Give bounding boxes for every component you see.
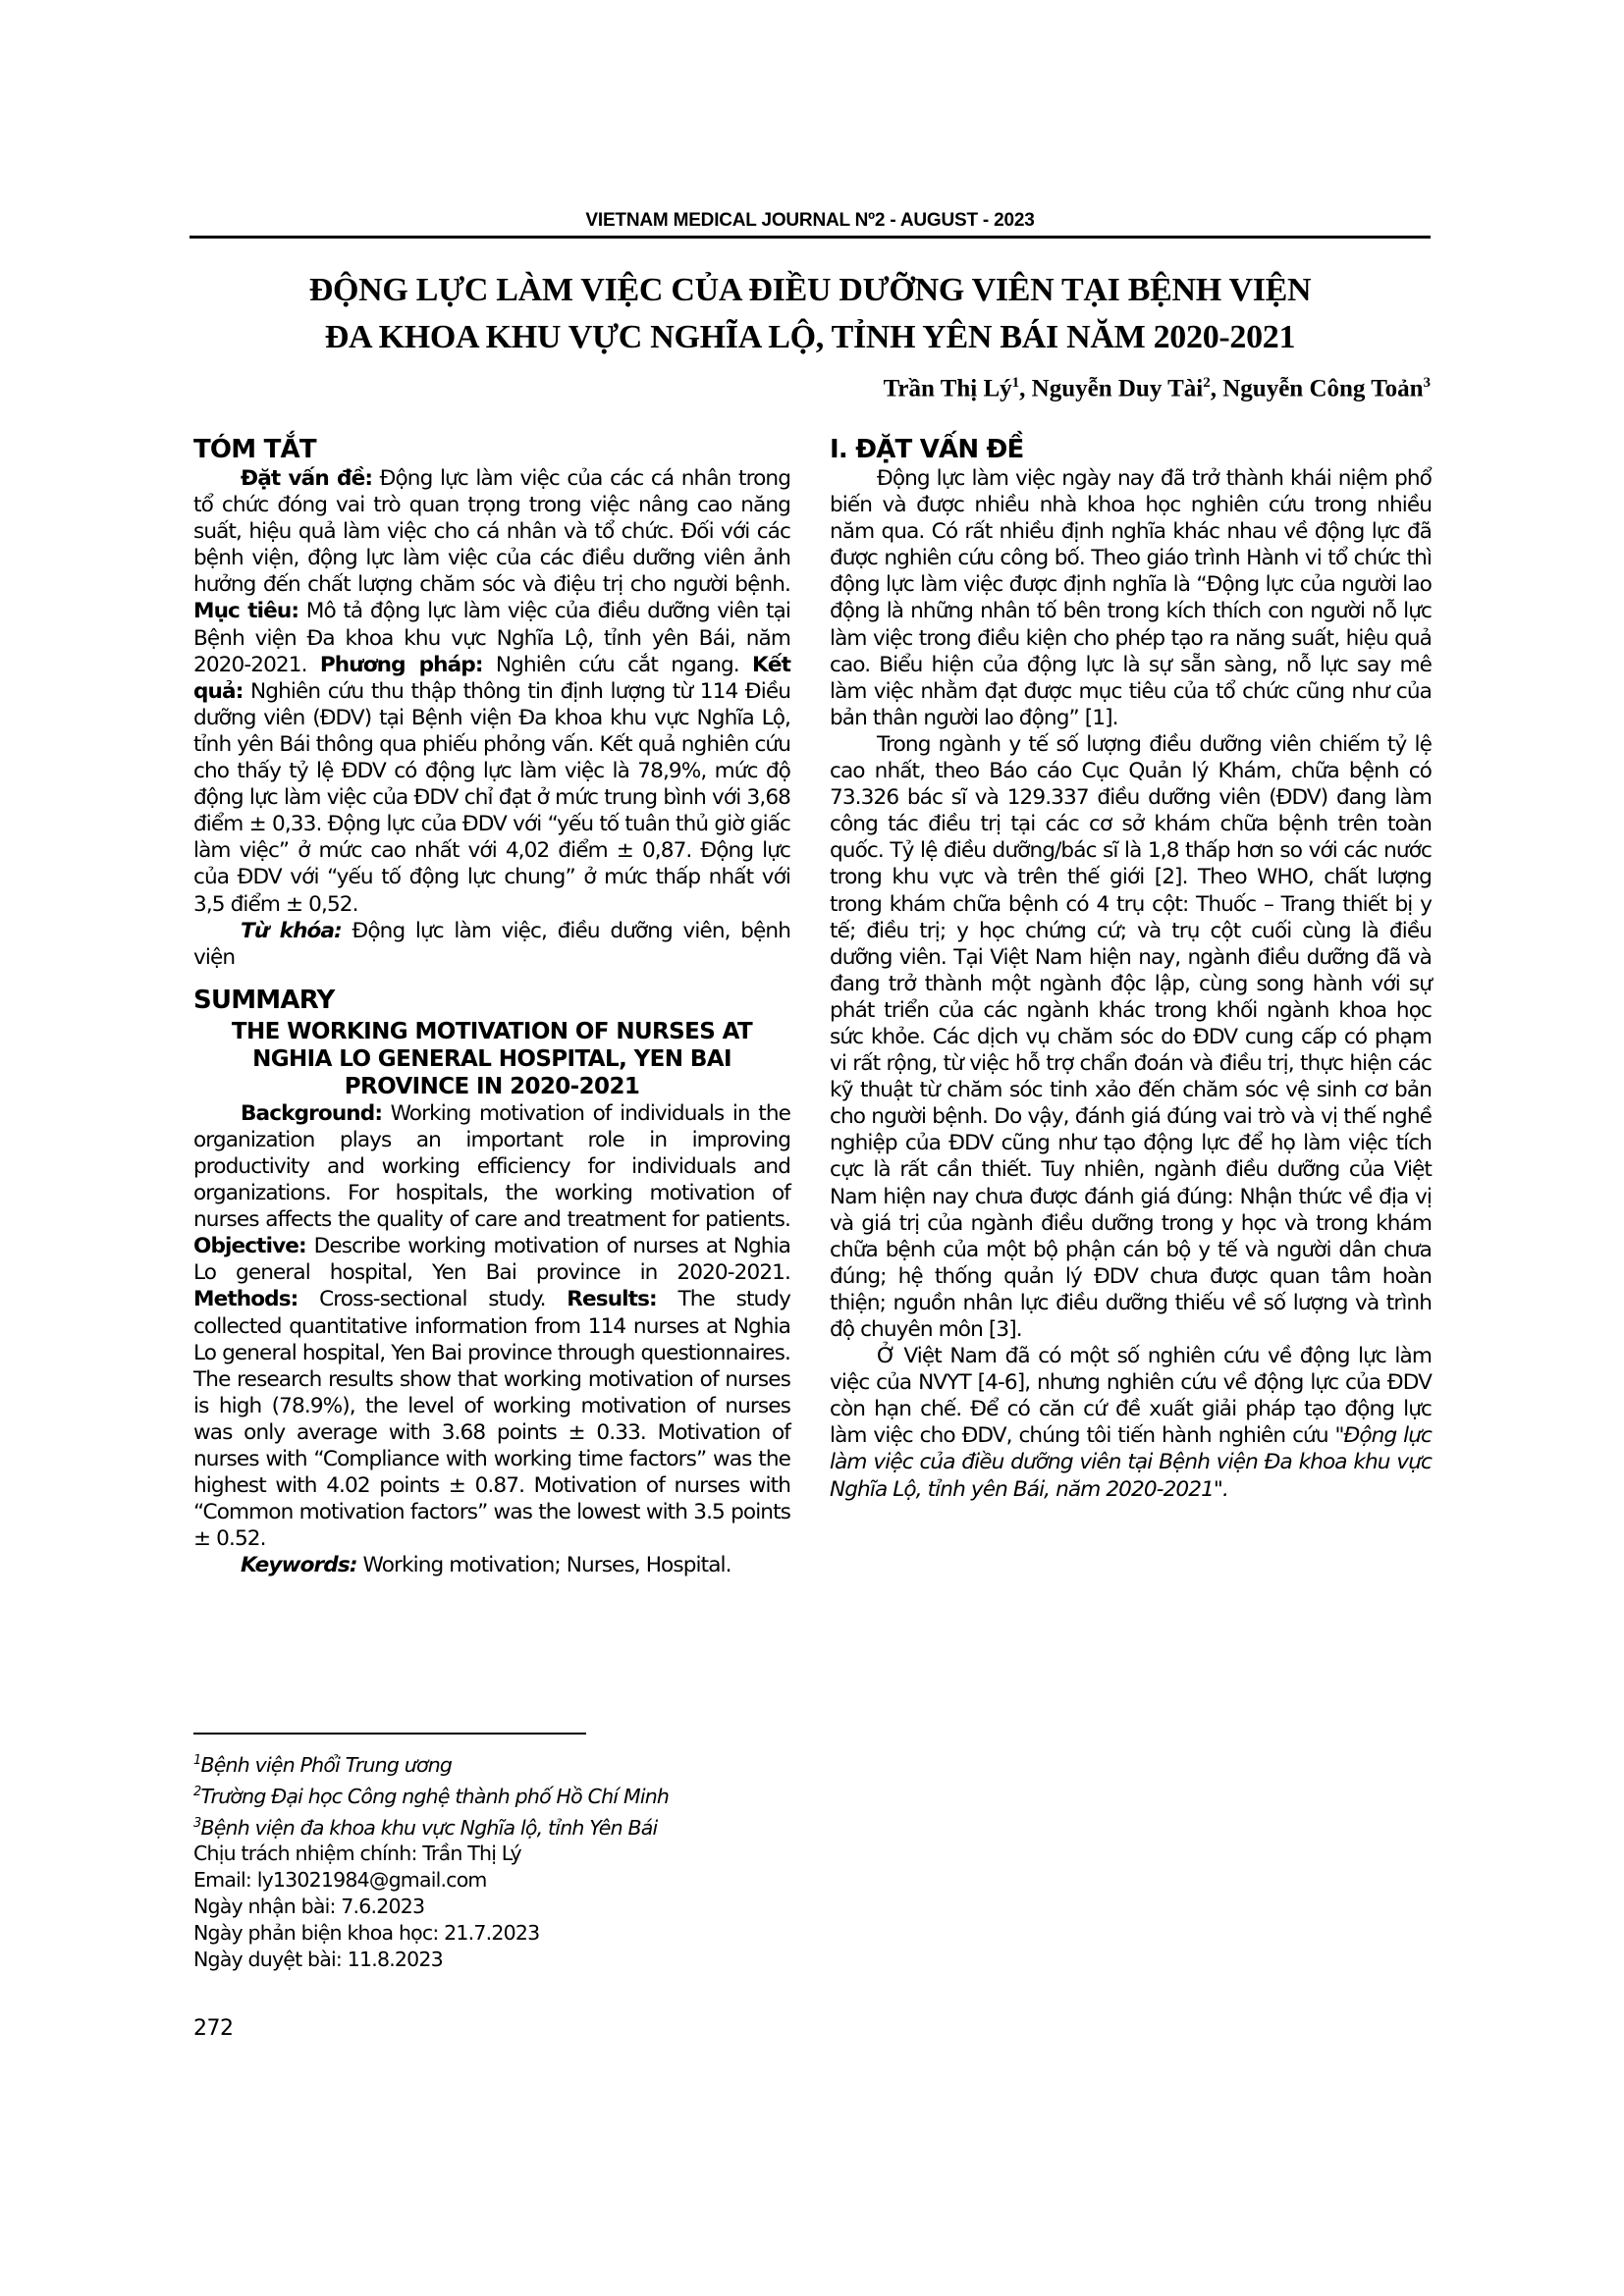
intro-paragraph-3: Ở Việt Nam đã có một số nghiên cứu về độ… [830,1343,1432,1503]
affiliation-3: 3Bệnh viện đa khoa khu vực Nghĩa lộ, tỉn… [193,1810,822,1842]
label-objective-vi: Mục tiêu: [193,599,298,623]
affiliation-1: 1Bệnh viện Phổi Trung ương [193,1747,822,1779]
journal-page: VIETNAM MEDICAL JOURNAL Nº2 - AUGUST - 2… [0,0,1624,2296]
date-reviewed: Ngày phản biện khoa học: 21.7.2023 [193,1920,822,1947]
author-name: Nguyễn Duy Tài [1032,375,1204,401]
abstract-en-body: Background: Working motivation of indivi… [193,1100,790,1553]
label-methods-vi: Phương pháp: [320,653,483,677]
author-name: Trần Thị Lý [884,375,1012,401]
label-keywords-en: Keywords: [241,1553,357,1577]
author-affiliation-marker: 2 [1203,375,1211,391]
intro-paragraph-2: Trong ngành y tế số lượng điều dưỡng viê… [830,731,1432,1343]
author-separator: , [1211,375,1223,401]
left-column: TÓM TẮT Đặt vấn đề: Động lực làm việc củ… [193,434,790,1578]
label-background-en: Background: [241,1101,382,1126]
footnotes: 1Bệnh viện Phổi Trung ương 2Trường Đại h… [193,1747,822,1973]
title-line-2: ĐA KHOA KHU VỰC NGHĨA LỘ, TỈNH YÊN BÁI N… [189,314,1431,361]
affiliation-text: Bệnh viện đa khoa khu vực Nghĩa lộ, tỉnh… [200,1815,657,1839]
affiliation-text: Trường Đại học Công nghệ thành phố Hồ Ch… [200,1785,669,1808]
keywords-vi: Từ khóa: Động lực làm việc, điều dưỡng v… [193,918,790,971]
right-column: I. ĐẶT VẤN ĐỀ Động lực làm việc ngày nay… [830,434,1432,1503]
abstract-en-title: THE WORKING MOTIVATION OF NURSES AT NGHI… [193,1018,790,1100]
keywords-en: Keywords: Working motivation; Nurses, Ho… [193,1552,790,1578]
label-methods-en: Methods: [193,1287,298,1311]
date-accepted: Ngày duyệt bài: 11.8.2023 [193,1947,822,1973]
label-background-vi: Đặt vấn đề: [241,466,372,491]
introduction-heading: I. ĐẶT VẤN ĐỀ [830,434,1432,465]
running-head: VIETNAM MEDICAL JOURNAL Nº2 - AUGUST - 2… [189,210,1431,232]
text-methods-en: Cross-sectional study. [298,1287,567,1311]
page-number: 272 [193,2016,234,2041]
footnote-rule [193,1733,586,1735]
label-keywords-vi: Từ khóa: [241,919,342,943]
header-rule [189,236,1431,239]
text-results-vi: Nghiên cứu thu thập thông tin định lượng… [193,679,790,917]
article-title: ĐỘNG LỰC LÀM VIỆC CỦA ĐIỀU DƯỠNG VIÊN TẠ… [189,267,1431,361]
label-objective-en: Objective: [193,1234,306,1258]
abstract-vi-body: Đặt vấn đề: Động lực làm việc của các cá… [193,465,790,918]
text-keywords-en: Working motivation; Nurses, Hospital. [357,1553,731,1577]
spacer [193,971,790,985]
intro-paragraph-1: Động lực làm việc ngày nay đã trở thành … [830,465,1432,731]
text-results-en: The study collected quantitative informa… [193,1287,790,1551]
corresponding-author: Chịu trách nhiệm chính: Trần Thị Lý [193,1841,822,1867]
author-list: Trần Thị Lý1, Nguyễn Duy Tài2, Nguyễn Cô… [884,375,1431,402]
abstract-en-heading: SUMMARY [193,985,790,1016]
email: Email: ly13021984@gmail.com [193,1867,822,1894]
label-results-en: Results: [567,1287,657,1311]
text-methods-vi: Nghiên cứu cắt ngang. [483,653,752,677]
author-name: Nguyễn Công Toản [1222,375,1423,401]
author-affiliation-marker: 3 [1424,375,1432,391]
author-separator: , [1019,375,1032,401]
title-line-1: ĐỘNG LỰC LÀM VIỆC CỦA ĐIỀU DƯỠNG VIÊN TẠ… [189,267,1431,314]
date-received: Ngày nhận bài: 7.6.2023 [193,1894,822,1920]
affiliation-text: Bệnh viện Phổi Trung ương [200,1753,452,1777]
abstract-vi-heading: TÓM TẮT [193,434,790,465]
affiliation-2: 2Trường Đại học Công nghệ thành phố Hồ C… [193,1779,822,1810]
